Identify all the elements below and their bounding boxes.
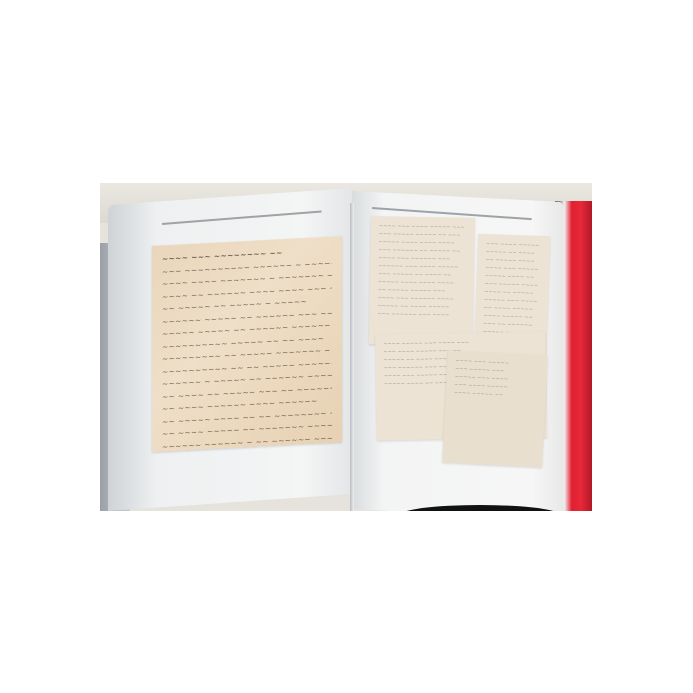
manuscript-line: ~~~ ~~~~~~ ~~~ ~~~~: [377, 310, 465, 320]
book-photo: ~~~~ ~~~ ~~~~~~~~ ~~ ~~~ ~~~~~~~~~~ ~~~~…: [100, 183, 592, 511]
right-manuscript-sheet-4: ~~~~ ~~~ ~~~~~ ~~~ ~~~~~ ~~~ ~~~~~ ~~~ ~…: [442, 350, 548, 467]
right-manuscript-sheet-1: ~~~~ ~~~ ~~~~ ~~~~~ ~~~ ~~~ ~~~~~ ~~~~~ …: [369, 216, 475, 346]
left-manuscript: ~~~~ ~~~ ~~~~~~~~ ~~ ~~~ ~~~~~~~~~~ ~~~~…: [152, 236, 342, 452]
book-gutter: [350, 203, 354, 511]
